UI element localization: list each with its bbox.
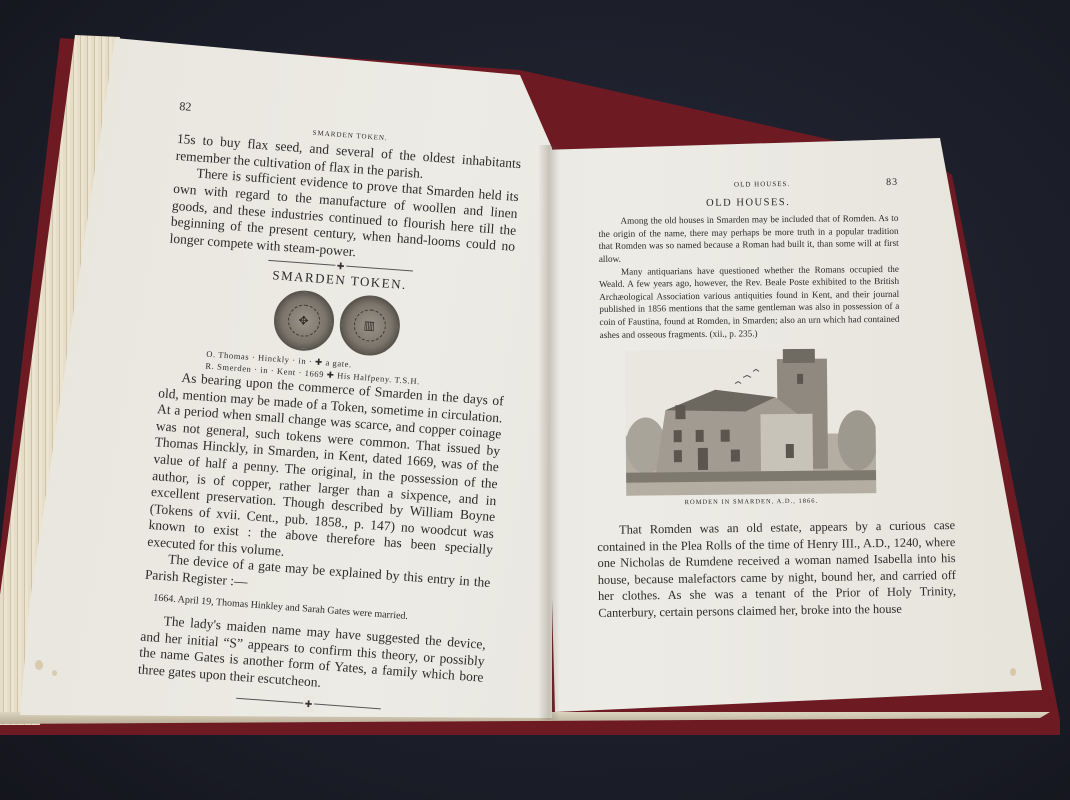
illustration-caption: ROMDEN IN SMARDEN, A.D., 1866. — [601, 495, 901, 511]
right-page-content: OLD HOUSES. 83 OLD HOUSES. Among the old… — [598, 177, 902, 521]
page-number-right: 83 — [886, 177, 898, 190]
paragraph: That Romden was an old estate, appears b… — [597, 517, 956, 622]
romden-house-engraving — [625, 348, 877, 496]
section-title-right: OLD HOUSES. — [598, 195, 898, 211]
book-gutter — [538, 145, 560, 720]
gate-device-icon: ▥ — [352, 308, 386, 342]
paragraph: As bearing upon the commerce of Smarden … — [147, 368, 504, 575]
paragraph: Many antiquarians have questioned whethe… — [599, 262, 900, 341]
house-engraving-icon — [625, 348, 877, 496]
token-reverse-image: ▥ — [337, 293, 401, 357]
left-page-content: 82 SMARDEN TOKEN. 15s to buy flax seed, … — [136, 98, 524, 722]
right-page-lower-content: That Romden was an old estate, appears b… — [597, 517, 956, 622]
running-head-right: OLD HOUSES. — [734, 178, 790, 191]
obverse-device-icon: ✥ — [286, 303, 320, 337]
foxing-stain — [1010, 668, 1016, 676]
running-head-right-row: OLD HOUSES. 83 — [598, 177, 898, 193]
paragraph: Among the old houses in Smarden may be i… — [598, 212, 899, 266]
foxing-stain — [52, 670, 57, 676]
foxing-stain — [35, 660, 43, 670]
token-obverse-image: ✥ — [271, 288, 335, 352]
